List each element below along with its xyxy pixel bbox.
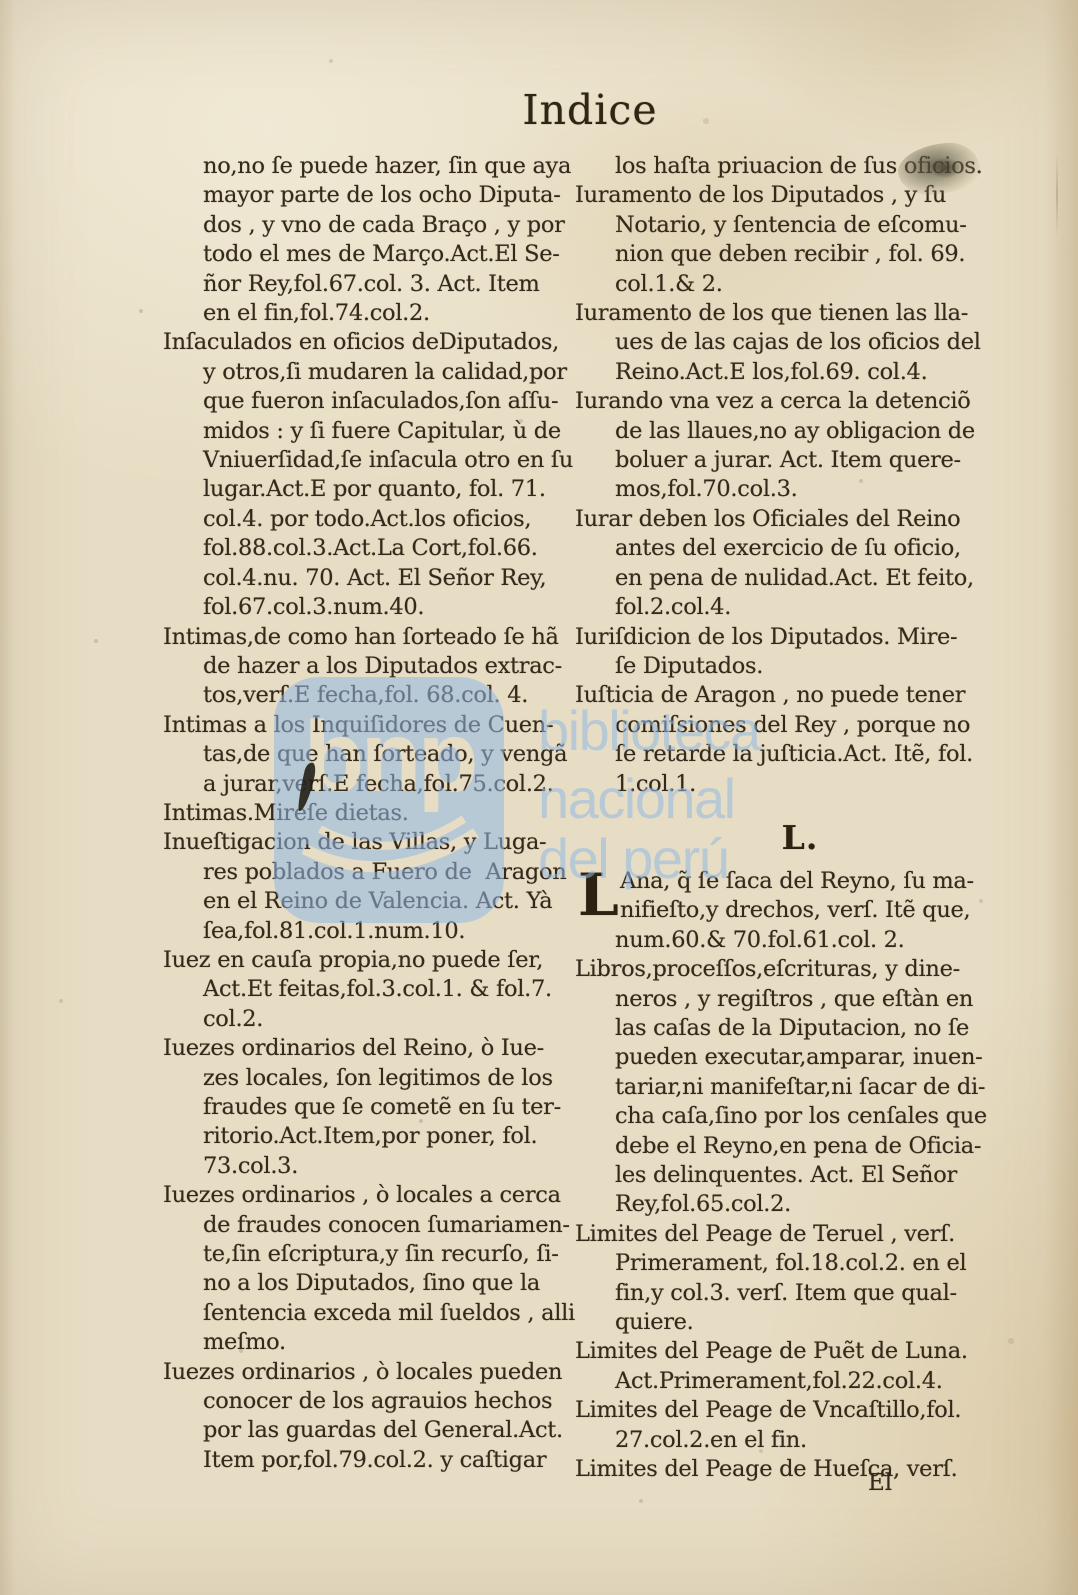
index-entry: Iuez en cauſa propia,no puede ſer, Act.E… bbox=[163, 946, 565, 1034]
margin-scratch bbox=[1056, 152, 1058, 238]
index-column-right: los haſta priuacion de ſus oficios.Iuram… bbox=[575, 152, 1025, 1484]
catchword: El bbox=[868, 1470, 892, 1496]
index-entry: no,no ſe puede hazer, ſin que aya mayor … bbox=[163, 152, 565, 328]
drop-cap: L bbox=[578, 869, 620, 925]
scanned-book-page: Indice no,no ſe puede hazer, ſin que aya… bbox=[0, 0, 1078, 1595]
index-column-left: no,no ſe puede hazer, ſin que aya mayor … bbox=[163, 152, 565, 1475]
index-entry: Iuramento de los Diputados , y ſu Notari… bbox=[575, 181, 1025, 299]
index-entry: LAna, q̃ ſe ſaca del Reyno, ſu ma- nifie… bbox=[575, 867, 1025, 955]
index-entry: Intimas,de como han ſorteado ſe hã de ha… bbox=[163, 623, 565, 711]
index-entry: Iuſticia de Aragon , no puede tener comi… bbox=[575, 681, 1025, 799]
index-entry: Iuriſdicion de los Diputados. Mire- ſe D… bbox=[575, 623, 1025, 682]
section-heading: L. bbox=[575, 799, 1025, 867]
index-entry: Iuezes ordinarios , ò locales pueden con… bbox=[163, 1358, 565, 1476]
index-entry: Limites del Peage de Vncaſtillo,fol. 27.… bbox=[575, 1396, 1025, 1455]
index-entry: Iuezes ordinarios del Reino, ò Iue- zes … bbox=[163, 1034, 565, 1181]
index-entry: Inueſtigacion de las Villas, y Luga- res… bbox=[163, 828, 565, 946]
page-title: Indice bbox=[468, 86, 712, 134]
paper-speckles bbox=[0, 0, 2, 2]
index-entry: Libros,proceſſos,eſcrituras, y dine- ner… bbox=[575, 955, 1025, 1220]
index-entry: Limites del Peage de Hueſca, verſ. bbox=[575, 1455, 1025, 1484]
index-entry: Iuezes ordinarios , ò locales a cerca de… bbox=[163, 1181, 565, 1357]
index-entry: Intimas.Mireſe dietas. bbox=[163, 799, 565, 828]
index-entry: Iurando vna vez a cerca la detenciõ de l… bbox=[575, 387, 1025, 505]
index-entry: Iuramento de los que tienen las lla- ues… bbox=[575, 299, 1025, 387]
index-entry: Intimas a los Inquiſidores de Cuen- tas,… bbox=[163, 711, 565, 799]
index-entry: Inſaculados en oficios deDiputados, y ot… bbox=[163, 328, 565, 622]
ink-smudge-core bbox=[930, 158, 960, 178]
index-entry: Limites del Peage de Teruel , verſ. Prim… bbox=[575, 1220, 1025, 1338]
index-entry: Iurar deben los Oficiales del Reino ante… bbox=[575, 505, 1025, 623]
index-entry: Limites del Peage de Puẽt de Luna. Act.P… bbox=[575, 1337, 1025, 1396]
